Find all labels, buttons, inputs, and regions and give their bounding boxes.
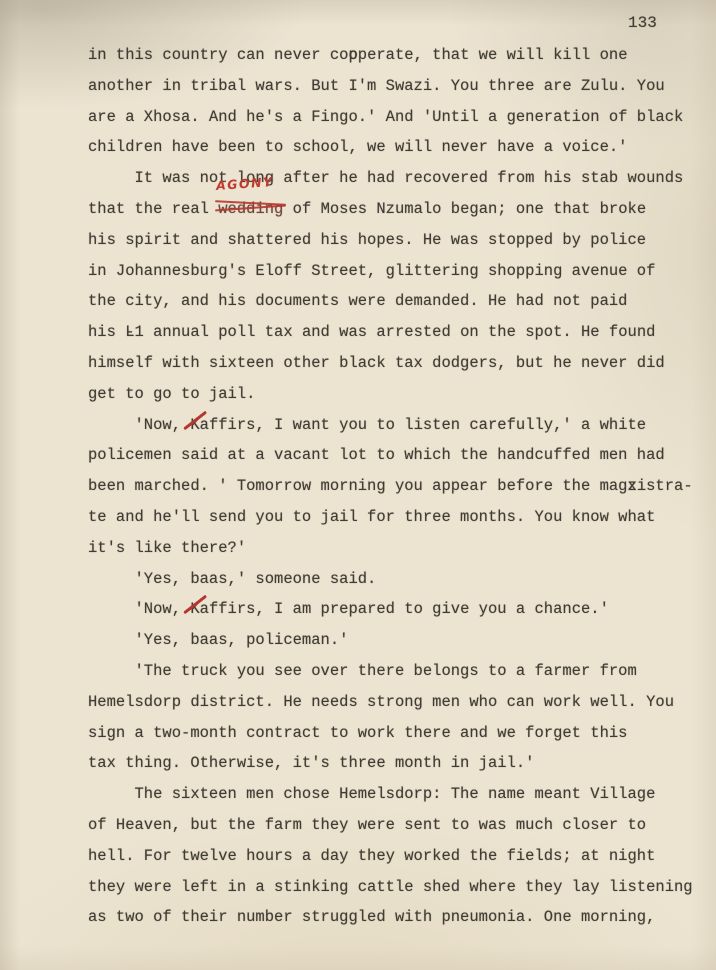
text-line: get to go to jail. (88, 379, 696, 410)
text-segment: are a Xhosa. And he's a Fingo.' And 'Unt… (88, 108, 683, 126)
text-segment: it's like there?' (88, 539, 246, 557)
text-line: himself with sixteen other black tax dod… (88, 348, 696, 379)
text-segment: get to go to jail. (88, 385, 255, 403)
text-line: it's like there?' (88, 533, 696, 564)
text-segment: 'Now, (88, 600, 190, 618)
overstruck-character: o (348, 40, 357, 71)
overstruck-character: L (125, 317, 134, 348)
text-line: 'The truck you see over there belongs to… (88, 656, 696, 687)
text-segment: been marched. ' Tomorrow morning you app… (88, 477, 628, 495)
text-line: 'Yes, baas, policeman.' (88, 625, 696, 656)
letter-with-red-slash: K (190, 410, 199, 441)
text-line: The sixteen men chose Hemelsdorp: The na… (88, 779, 696, 810)
struck-out-word: weddingAGONY (218, 194, 283, 225)
text-line: 'Now, Kaffirs, I am prepared to give you… (88, 594, 696, 625)
text-line: 'Now, Kaffirs, I want you to listen care… (88, 410, 696, 441)
text-segment: hell. For twelve hours a day they worked… (88, 847, 655, 865)
text-segment: 1 annual poll tax and was arrested on th… (135, 323, 656, 341)
text-segment: sign a two-month contract to work there … (88, 724, 628, 742)
text-line: It was not long after he had recovered f… (88, 163, 696, 194)
text-segment: of Moses Nzumalo began; one that broke (283, 200, 646, 218)
text-line: his L1 annual poll tax and was arrested … (88, 317, 696, 348)
text-segment: 'Now, (88, 416, 190, 434)
text-line: te and he'll send you to jail for three … (88, 502, 696, 533)
text-segment: 'Yes, baas,' someone said. (88, 570, 376, 588)
text-line: Hemelsdorp district. He needs strong men… (88, 687, 696, 718)
text-line: sign a two-month contract to work there … (88, 718, 696, 749)
text-line: his spirit and shattered his hopes. He w… (88, 225, 696, 256)
text-segment: of Heaven, but the farm they were sent t… (88, 816, 646, 834)
text-segment: It was not long after he had recovered f… (88, 169, 683, 187)
text-line: the city, and his documents were demande… (88, 286, 696, 317)
text-segment: policemen said at a vacant lot to which … (88, 446, 665, 464)
text-segment: in this country can never co (88, 46, 348, 64)
text-segment: the city, and his documents were demande… (88, 292, 628, 310)
text-segment: another in tribal wars. But I'm Swazi. Y… (88, 77, 665, 95)
text-segment: istra- (637, 477, 693, 495)
text-segment: Hemelsdorp district. He needs strong men… (88, 693, 674, 711)
text-line: are a Xhosa. And he's a Fingo.' And 'Unt… (88, 102, 696, 133)
text-segment: affirs, I want you to listen carefully,'… (200, 416, 646, 434)
text-line: been marched. ' Tomorrow morning you app… (88, 471, 696, 502)
text-segment: 'The truck you see over there belongs to… (88, 662, 637, 680)
text-segment: tax thing. Otherwise, it's three month i… (88, 754, 534, 772)
text-line: 'Yes, baas,' someone said. (88, 564, 696, 595)
text-segment: his spirit and shattered his hopes. He w… (88, 231, 646, 249)
text-segment: The sixteen men chose Hemelsdorp: The na… (88, 785, 655, 803)
page-number: 133 (628, 14, 657, 32)
text-line: of Heaven, but the farm they were sent t… (88, 810, 696, 841)
text-line: another in tribal wars. But I'm Swazi. Y… (88, 71, 696, 102)
text-segment: 'Yes, baas, policeman.' (88, 631, 348, 649)
text-line: they were left in a stinking cattle shed… (88, 872, 696, 903)
text-line: hell. For twelve hours a day they worked… (88, 841, 696, 872)
overstruck-character: z (628, 471, 637, 502)
text-line: tax thing. Otherwise, it's three month i… (88, 748, 696, 779)
text-segment: in Johannesburg's Eloff Street, glitteri… (88, 262, 655, 280)
text-line: children have been to school, we will ne… (88, 132, 696, 163)
text-line: as two of their number struggled with pn… (88, 902, 696, 933)
typescript-lines: in this country can never cooperate, tha… (88, 40, 696, 933)
text-line: that the real weddingAGONY of Moses Nzum… (88, 194, 696, 225)
letter-with-red-slash: K (190, 594, 199, 625)
text-segment: affirs, I am prepared to give you a chan… (200, 600, 609, 618)
typescript-page: 133 in this country can never cooperate,… (0, 0, 716, 970)
text-line: policemen said at a vacant lot to which … (88, 440, 696, 471)
text-segment: that the real (88, 200, 218, 218)
text-segment: as two of their number struggled with pn… (88, 908, 655, 926)
text-segment: himself with sixteen other black tax dod… (88, 354, 665, 372)
text-segment: children have been to school, we will ne… (88, 138, 628, 156)
text-segment: te and he'll send you to jail for three … (88, 508, 655, 526)
text-line: in this country can never cooperate, tha… (88, 40, 696, 71)
text-line: in Johannesburg's Eloff Street, glitteri… (88, 256, 696, 287)
text-segment: they were left in a stinking cattle shed… (88, 878, 693, 896)
text-segment: perate, that we will kill one (358, 46, 628, 64)
text-segment: his (88, 323, 125, 341)
